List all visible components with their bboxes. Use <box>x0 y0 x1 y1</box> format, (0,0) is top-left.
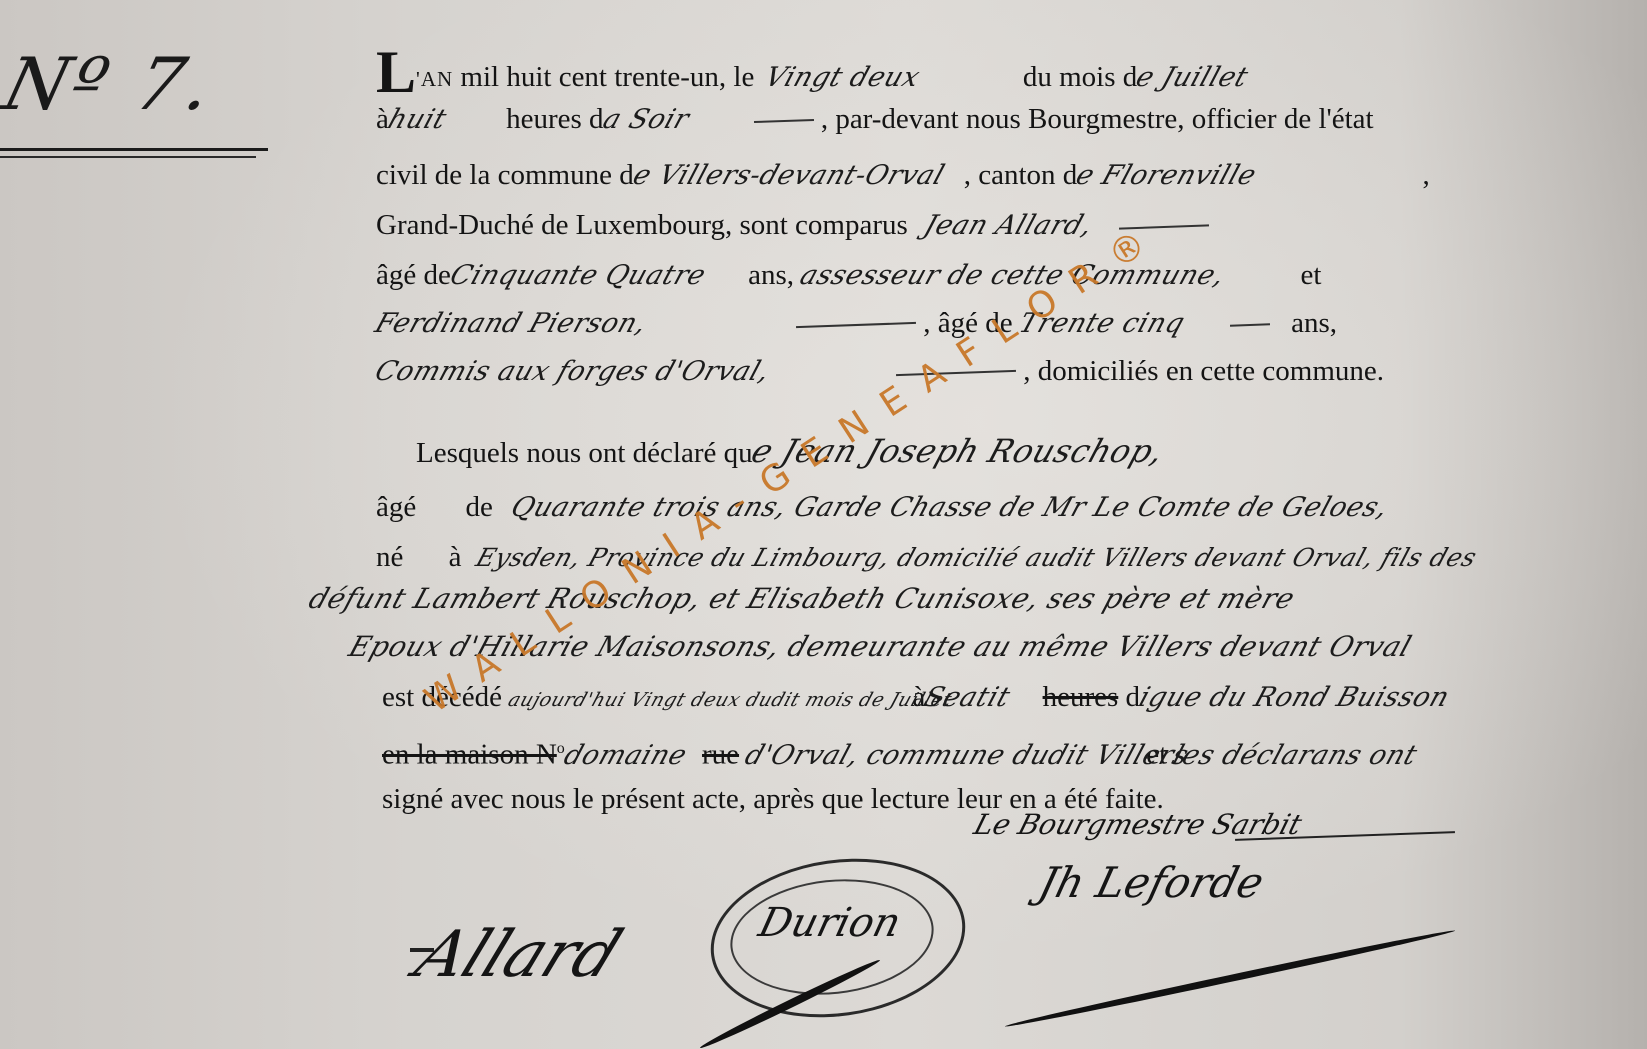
struck-printed-text: en la maison N <box>382 739 557 771</box>
handwritten-occupation-2: Commis aux forges d'Orval, <box>370 355 901 389</box>
printed-text: âgé de <box>376 259 451 291</box>
margin-rule <box>0 156 256 158</box>
handwritten-witness-2: Ferdinand Pierson, <box>370 307 801 341</box>
line-14: en la maison Nodomaine rue d'Orval, comm… <box>382 732 1416 773</box>
printed-text: civil de la commune d <box>376 159 634 191</box>
printed-text: de <box>466 491 493 523</box>
handwritten-death-time: Seatit <box>920 681 1041 715</box>
dropcap: L <box>376 39 416 105</box>
line-7: Commis aux forges d'Orval, , domiciliés … <box>376 354 1384 389</box>
line-6: Ferdinand Pierson, , âgé de Trente cinq … <box>376 306 1337 341</box>
printed-text: , <box>1423 159 1430 191</box>
line-2: àhuit heures da Soir , par-devant nous B… <box>376 102 1374 137</box>
handwritten-street: d'Orval, commune dudit Villers <box>741 739 1152 773</box>
handwritten-parents: défunt Lambert Rouschop, et Elisabeth Cu… <box>304 582 1299 616</box>
signature-durion: Durion <box>754 900 905 946</box>
fill-dash <box>796 322 916 328</box>
handwritten-age-occupation: Quarante trois ans, Garde Chasse de Mr L… <box>507 491 1393 525</box>
line-10: né à Eysden, Province du Limbourg, domic… <box>376 540 1475 575</box>
line-9: âgé de Quarante trois ans, Garde Chasse … <box>376 490 1387 525</box>
handwritten-witness-1: Jean Allard, <box>920 209 1098 243</box>
printed-text: âgé <box>376 491 416 523</box>
superscript: o <box>557 740 565 757</box>
handwritten-house: domaine <box>559 739 700 773</box>
printed-text: Lesquels nous ont déclaré qu <box>416 437 753 469</box>
printed-text: né <box>376 541 403 573</box>
handwritten-declarants: les déclarans ont <box>1169 739 1422 773</box>
line-13: est décédé aujourd'hui Vingt deux dudit … <box>382 680 1448 717</box>
handwritten-hour: huit <box>383 103 504 137</box>
handwritten-period: a Soir <box>598 103 759 137</box>
struck-printed-text: heures <box>1043 681 1119 713</box>
line-11: défunt Lambert Rouschop, et Elisabeth Cu… <box>310 582 1294 616</box>
record-number: Nº 7. <box>0 42 225 126</box>
signature-bourgmestre: Le Bourgmestre Sarbit <box>970 808 1305 841</box>
line-1: L'AN mil huit cent trente-un, le Vingt d… <box>376 52 1247 96</box>
printed-text: ans, <box>1291 307 1337 339</box>
line-4: Grand-Duché de Luxembourg, sont comparus… <box>376 208 1209 243</box>
line-3: civil de la commune de Villers-devant-Or… <box>376 158 1430 193</box>
handwritten-commune: e Villers-devant-Orval <box>628 159 969 193</box>
struck-printed-text: rue <box>702 739 739 771</box>
signature-allard: Allard <box>405 918 632 992</box>
handwritten-canton: e Florenville <box>1072 159 1403 193</box>
handwritten-death-date: aujourd'hui Vingt deux dudit mois de Jui… <box>504 683 895 717</box>
printed-text: et <box>1301 259 1322 291</box>
printed-text: ans, <box>748 259 794 291</box>
printed-text: , canton d <box>964 159 1078 191</box>
handwritten-age-1: Cinquante Quatre <box>445 259 746 293</box>
printed-text: heures d <box>506 103 603 135</box>
fill-dash <box>1230 324 1270 327</box>
printed-text: , domiciliés en cette commune. <box>1023 355 1384 387</box>
handwritten-month: e Juillet <box>1132 61 1253 95</box>
printed-text: 'AN <box>416 67 453 91</box>
printed-text: mil huit cent trente-un, le <box>453 61 754 93</box>
line-5: âgé deCinquante Quatre ans, assesseur de… <box>376 258 1321 293</box>
margin-rule <box>0 148 268 151</box>
printed-text: du mois d <box>1023 61 1137 93</box>
document-page: Nº 7. L'AN mil huit cent trente-un, le V… <box>0 0 1647 1049</box>
printed-text: Grand-Duché de Luxembourg, sont comparus <box>376 209 908 241</box>
printed-text: à <box>449 541 462 573</box>
fill-dash <box>754 119 814 123</box>
signature-leforde: Jh Leforde <box>1034 858 1269 907</box>
handwritten-day: Vingt deux <box>760 61 1021 95</box>
printed-text: , par-devant nous Bourgmestre, officier … <box>821 103 1374 135</box>
handwritten-death-place: igue du Rond Buisson <box>1134 681 1453 715</box>
signature-flourish <box>1004 927 1455 1029</box>
